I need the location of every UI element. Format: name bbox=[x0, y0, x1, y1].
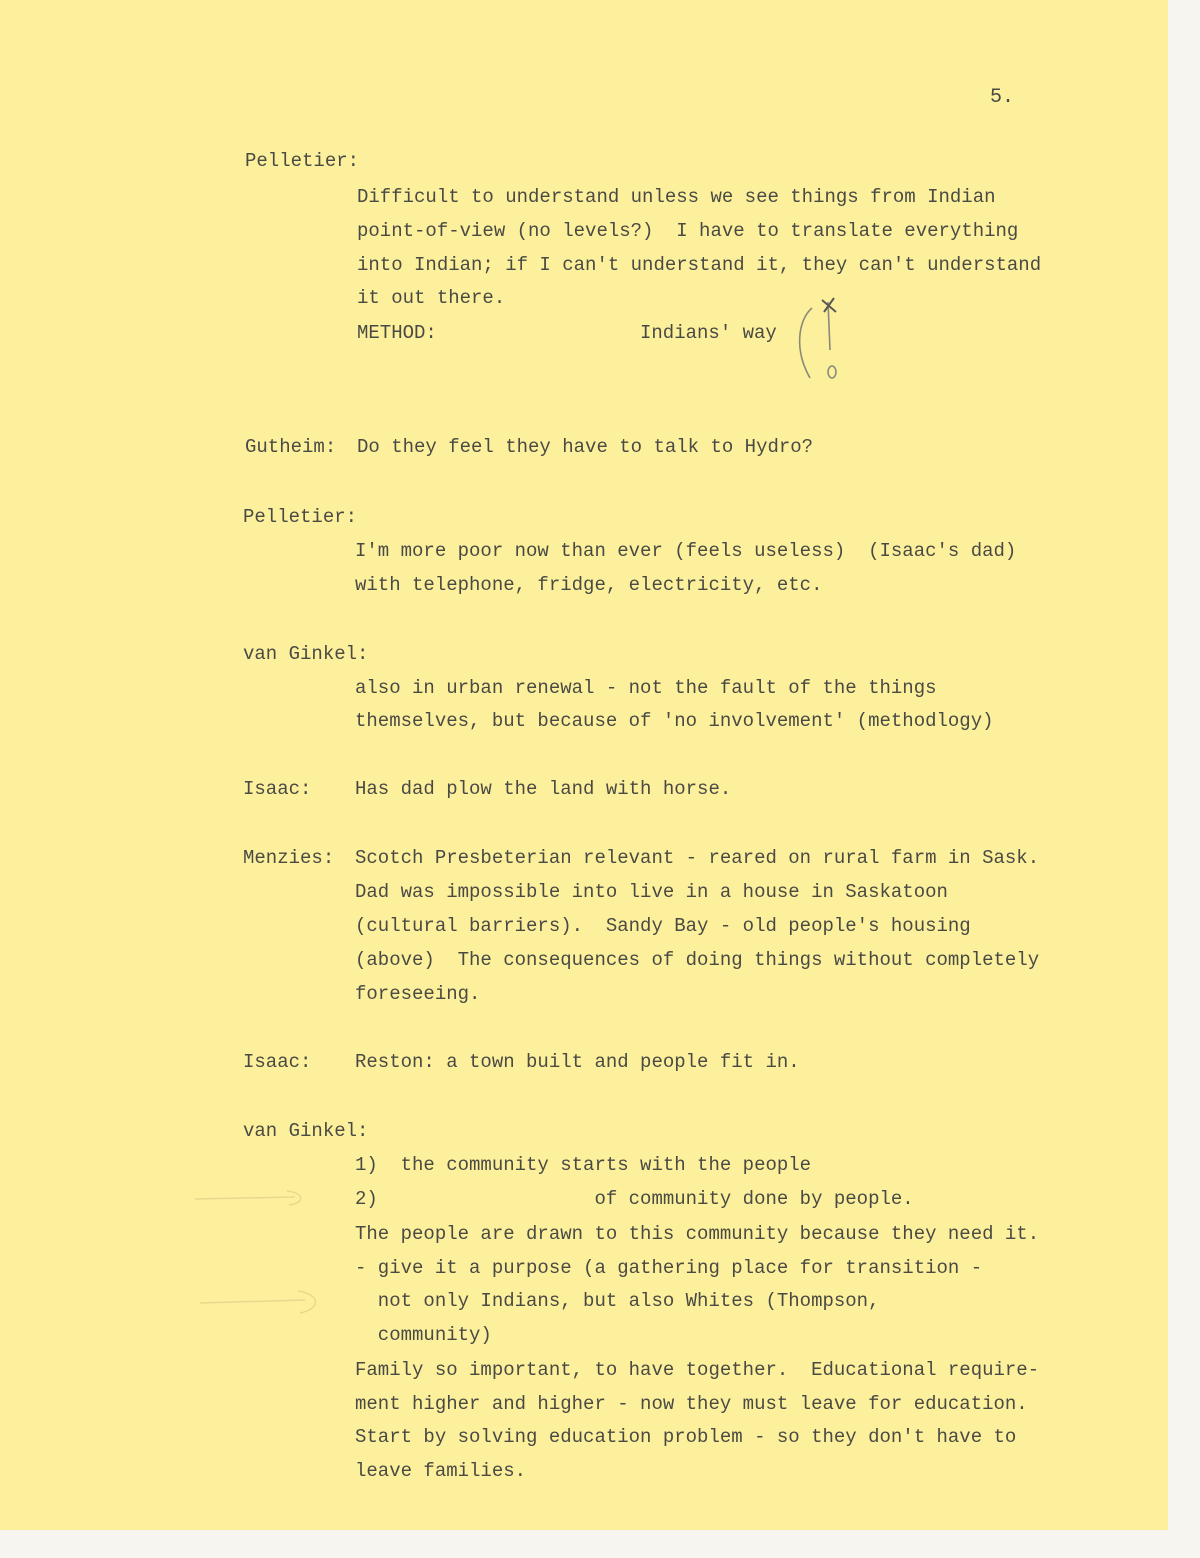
dialogue-line: Dad was impossible into live in a house … bbox=[355, 883, 948, 902]
dialogue-line: The people are drawn to this community b… bbox=[355, 1225, 1039, 1244]
dialogue-line: themselves, but because of 'no involveme… bbox=[355, 712, 994, 731]
dialogue-line: 2) of community done by people. bbox=[355, 1190, 914, 1209]
dialogue-line: Do they feel they have to talk to Hydro? bbox=[357, 438, 813, 457]
dialogue-line: it out there. bbox=[357, 289, 505, 308]
dialogue-line: Reston: a town built and people fit in. bbox=[355, 1053, 800, 1072]
speaker-label: Gutheim: bbox=[245, 438, 336, 457]
speaker-label: van Ginkel: bbox=[243, 645, 368, 664]
pencil-arrow-mark-icon bbox=[200, 1285, 330, 1317]
dialogue-line: Has dad plow the land with horse. bbox=[355, 780, 731, 799]
speaker-label: Isaac: bbox=[243, 1053, 311, 1072]
dialogue-line: not only Indians, but also Whites (Thomp… bbox=[355, 1292, 880, 1311]
speaker-label: Menzies: bbox=[243, 849, 334, 868]
dialogue-line: foreseeing. bbox=[355, 985, 480, 1004]
dialogue-line: 1) the community starts with the people bbox=[355, 1156, 811, 1175]
method-value: Indians' way bbox=[640, 324, 777, 343]
dialogue-line: I'm more poor now than ever (feels usele… bbox=[355, 542, 1016, 561]
dialogue-line: Start by solving education problem - so … bbox=[355, 1428, 1016, 1447]
dialogue-line: with telephone, fridge, electricity, etc… bbox=[355, 576, 822, 595]
dialogue-line: point-of-view (no levels?) I have to tra… bbox=[357, 222, 1018, 241]
dialogue-line: also in urban renewal - not the fault of… bbox=[355, 679, 937, 698]
dialogue-line: community) bbox=[355, 1326, 492, 1345]
dialogue-line: Scotch Presbeterian relevant - reared on… bbox=[355, 849, 1039, 868]
typewritten-page: 5. Pelletier: Difficult to understand un… bbox=[0, 0, 1168, 1530]
speaker-label: Pelletier: bbox=[245, 152, 359, 171]
dialogue-line: Family so important, to have together. E… bbox=[355, 1361, 1039, 1380]
dialogue-line: into Indian; if I can't understand it, t… bbox=[357, 256, 1041, 275]
speaker-label: Isaac: bbox=[243, 780, 311, 799]
handwritten-bracket-mark-icon bbox=[790, 290, 850, 390]
dialogue-line: Difficult to understand unless we see th… bbox=[357, 188, 996, 207]
speaker-label: van Ginkel: bbox=[243, 1122, 368, 1141]
dialogue-line: ment higher and higher - now they must l… bbox=[355, 1395, 1028, 1414]
page-number: 5. bbox=[990, 88, 1014, 108]
method-label: METHOD: bbox=[357, 324, 437, 343]
speaker-label: Pelletier: bbox=[243, 508, 357, 527]
pencil-arrow-mark-icon bbox=[195, 1185, 315, 1209]
dialogue-line: (above) The consequences of doing things… bbox=[355, 951, 1039, 970]
dialogue-line: leave families. bbox=[355, 1462, 526, 1481]
dialogue-line: - give it a purpose (a gathering place f… bbox=[355, 1259, 982, 1278]
dialogue-line: (cultural barriers). Sandy Bay - old peo… bbox=[355, 917, 971, 936]
